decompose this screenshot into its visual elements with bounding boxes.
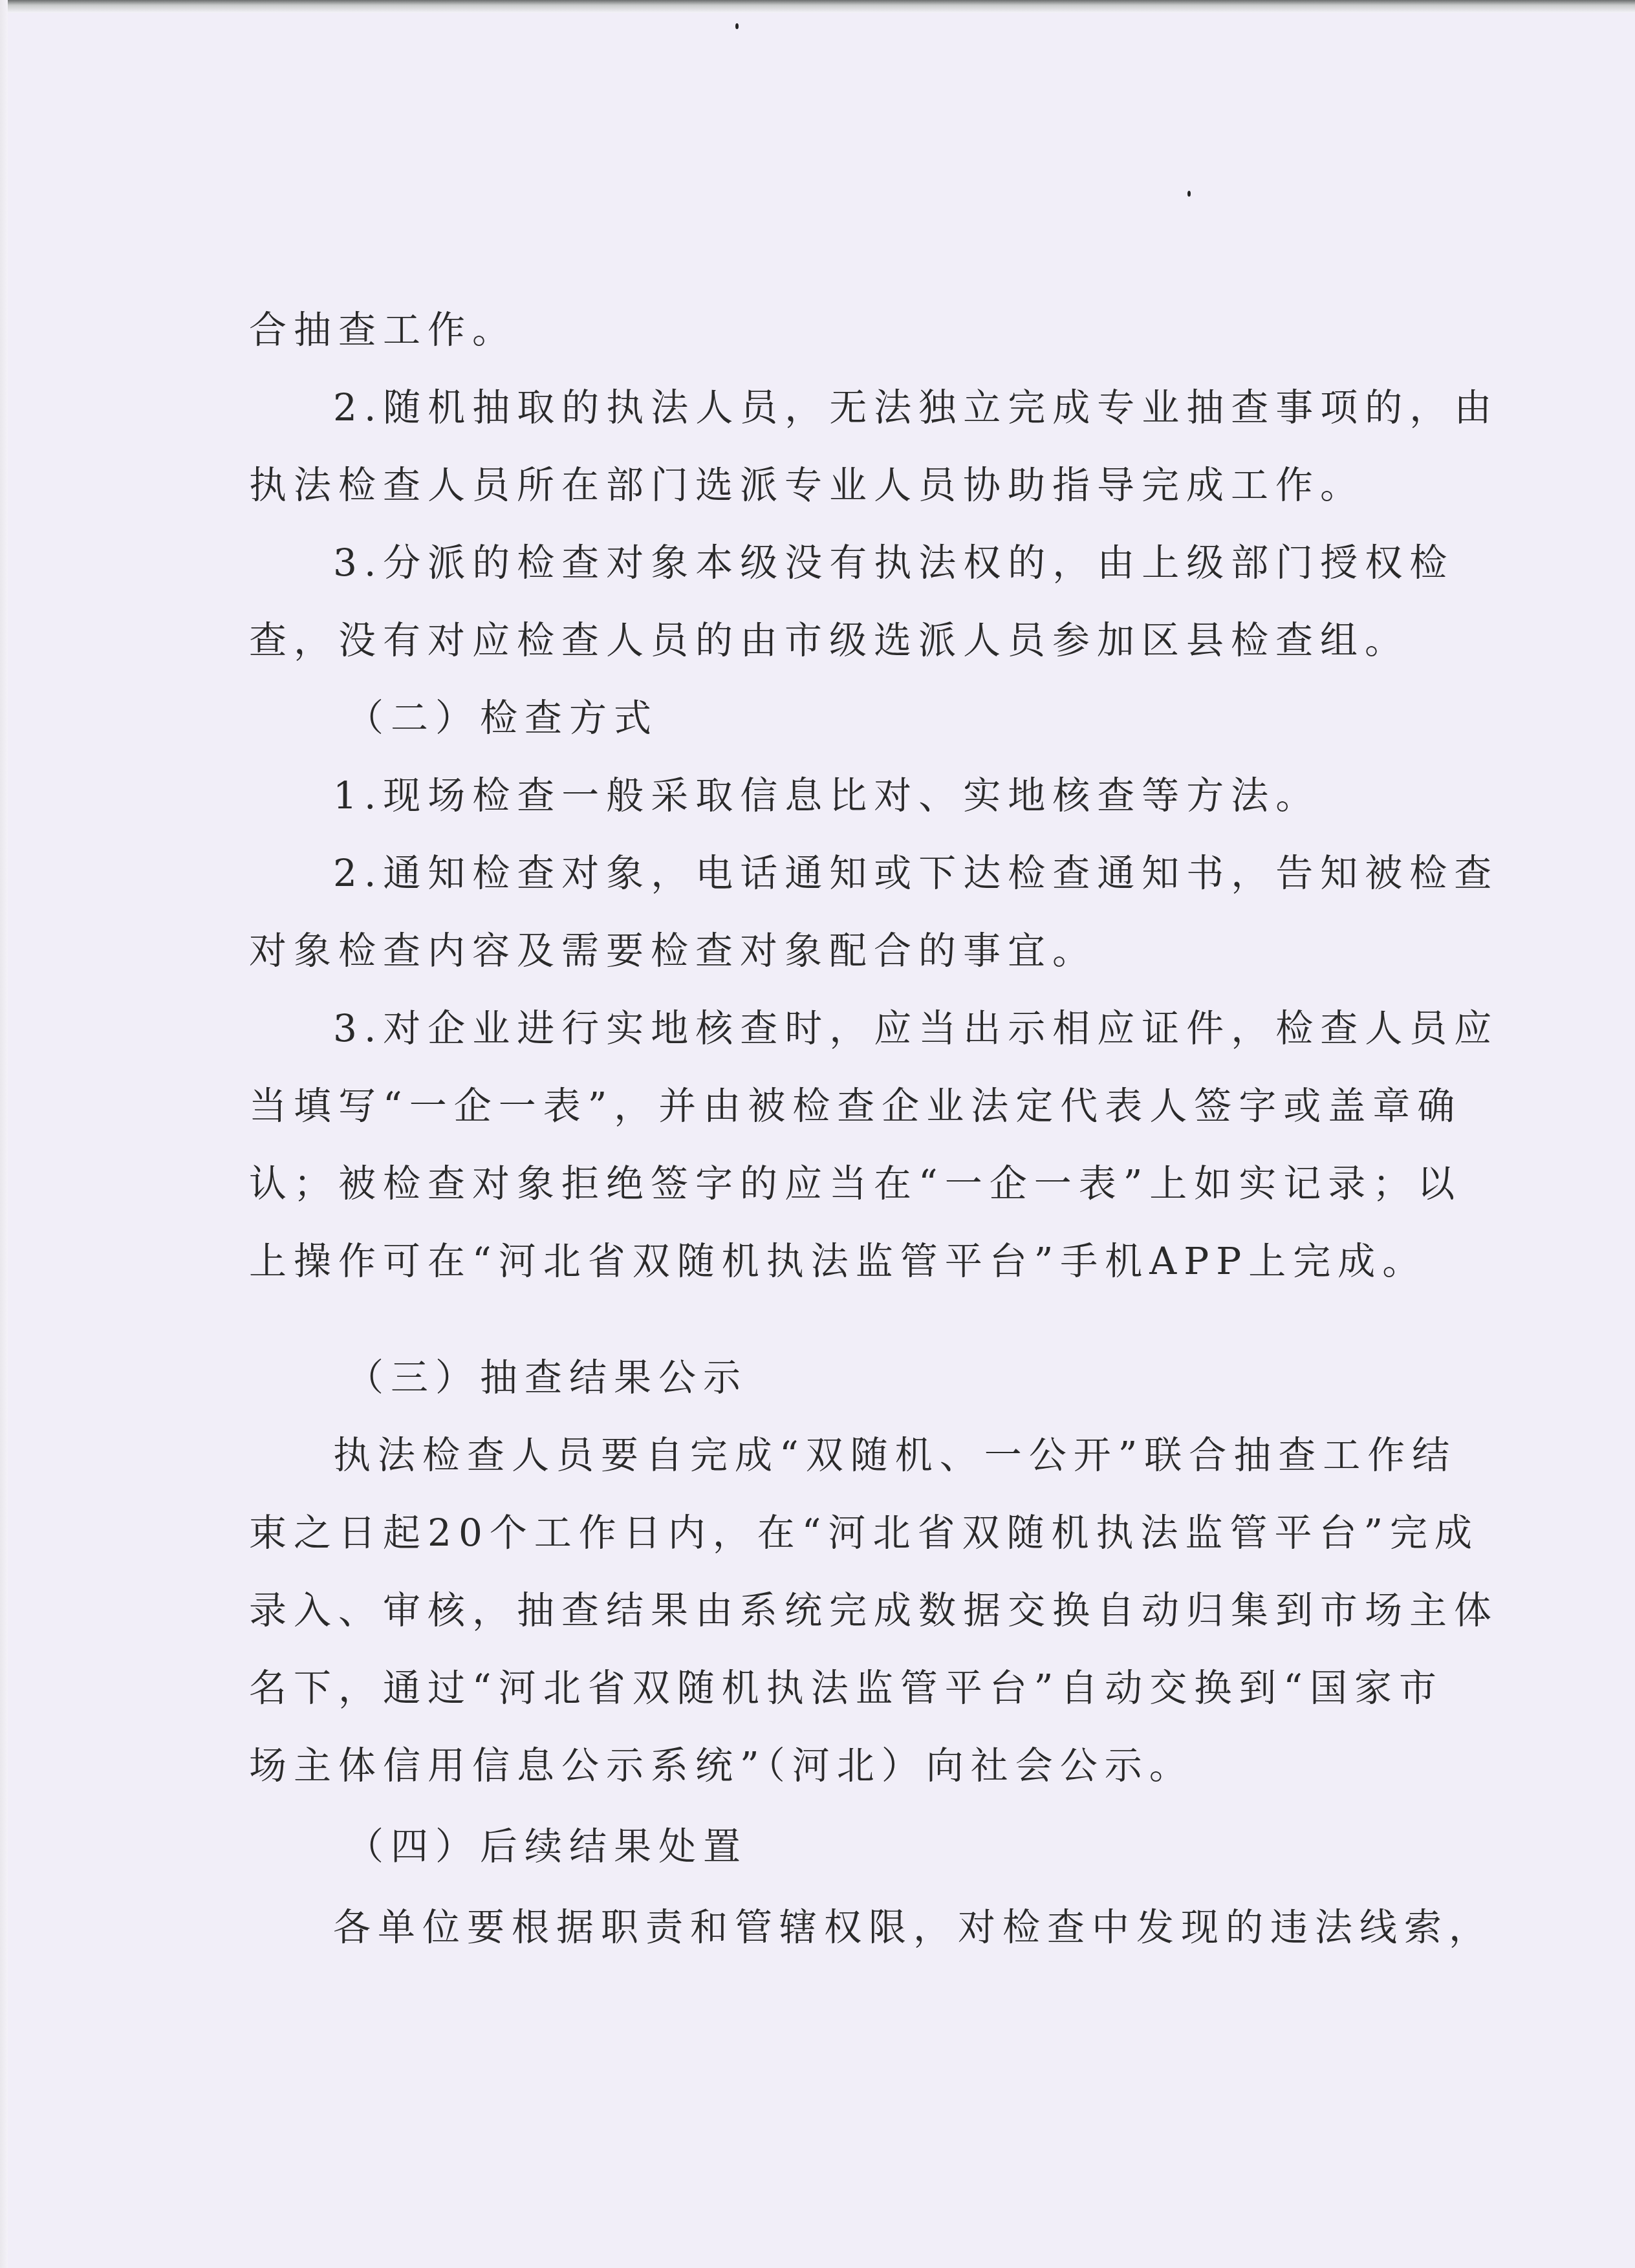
text-line: 当填写“一企一表”，并由被检查企业法定代表人签字或盖章确 [249,1080,1462,1132]
text-line: 2.随机抽取的执法人员，无法独立完成专业抽查事项的，由 [333,382,1499,433]
text-line: 1.现场检查一般采取信息比对、实地核查等方法。 [333,770,1320,821]
text-line: 2.通知检查对象，电话通知或下达检查通知书，告知被检查 [333,847,1499,899]
section-heading: （三）抽查结果公示 [346,1352,748,1403]
scan-top-edge [0,0,1635,13]
scan-speck [1187,191,1191,197]
section-heading: （二）检查方式 [346,692,658,744]
text-line: 录入、审核，抽查结果由系统完成数据交换自动归集到市场主体 [249,1584,1499,1636]
scan-left-edge [0,0,8,2268]
text-line: 束之日起20个工作日内，在“河北省双随机执法监管平台”完成 [249,1507,1479,1559]
text-line: 认；被检查对象拒绝签字的应当在“一企一表”上如实记录；以 [249,1158,1462,1209]
text-line: 查，没有对应检查人员的由市级选派人员参加区县检查组。 [249,614,1409,666]
text-line: 执法检查人员要自完成“双随机、一公开”联合抽查工作结 [333,1429,1456,1481]
text-line: 3.对企业进行实地核查时，应当出示相应证件，检查人员应 [333,1002,1499,1054]
text-line: 执法检查人员所在部门选派专业人员协助指导完成工作。 [249,459,1365,511]
section-heading: （四）后续结果处置 [346,1820,748,1872]
text-line: 合抽查工作。 [249,304,517,356]
text-line: 场主体信用信息公示系统”（河北）向社会公示。 [249,1740,1194,1791]
text-line: 3.分派的检查对象本级没有执法权的，由上级部门授权检 [333,537,1454,589]
scan-speck [735,23,739,29]
text-line: 名下，通过“河北省双随机执法监管平台”自动交换到“国家市 [249,1662,1444,1714]
text-line: 对象检查内容及需要检查对象配合的事宜。 [249,925,1097,977]
text-line: 上操作可在“河北省双随机执法监管平台”手机APP上完成。 [249,1235,1427,1287]
text-line: 各单位要根据职责和管辖权限，对检查中发现的违法线索， [333,1901,1493,1953]
